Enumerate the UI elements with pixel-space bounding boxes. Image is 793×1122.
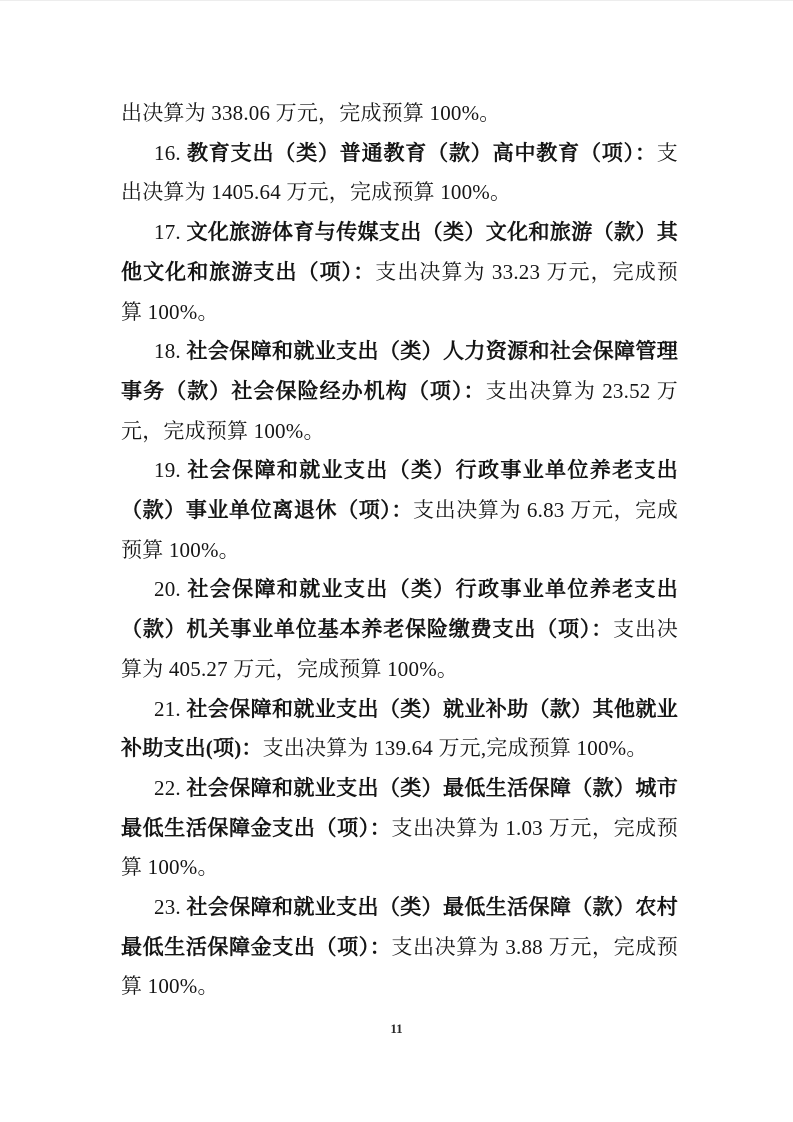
item-number: 17. xyxy=(154,220,186,244)
paragraph: 出决算为 338.06 万元，完成预算 100%。 xyxy=(121,94,678,134)
paragraph: 22. 社会保障和就业支出（类）最低生活保障（款）城市最低生活保障金支出（项）：… xyxy=(121,769,678,888)
item-body: 出决算为 338.06 万元，完成预算 100%。 xyxy=(121,101,501,125)
paragraph: 20. 社会保障和就业支出（类）行政事业单位养老支出（款）机关事业单位基本养老保… xyxy=(121,570,678,689)
page-number: 11 xyxy=(0,1021,793,1037)
item-number: 23. xyxy=(154,895,186,919)
item-number: 16. xyxy=(154,141,187,165)
paragraph: 23. 社会保障和就业支出（类）最低生活保障（款）农村最低生活保障金支出（项）：… xyxy=(121,888,678,1007)
item-body: 支出决算为 139.64 万元,完成预算 100%。 xyxy=(263,736,648,760)
paragraph: 19. 社会保障和就业支出（类）行政事业单位养老支出（款）事业单位离退休（项）：… xyxy=(121,451,678,570)
paragraph: 17. 文化旅游体育与传媒支出（类）文化和旅游（款）其他文化和旅游支出（项）：支… xyxy=(121,213,678,332)
item-number: 19. xyxy=(154,458,187,482)
item-number: 18. xyxy=(154,339,186,363)
content-area: 出决算为 338.06 万元，完成预算 100%。 16. 教育支出（类）普通教… xyxy=(121,94,678,1007)
item-title: 教育支出（类）普通教育（款）高中教育（项）： xyxy=(187,141,657,165)
item-title: 社会保障和就业支出（类）行政事业单位养老支出（款）机关事业单位基本养老保险缴费支… xyxy=(121,577,678,641)
item-number: 22. xyxy=(154,776,186,800)
item-number: 21. xyxy=(154,697,186,721)
item-number: 20. xyxy=(154,577,187,601)
paragraph: 16. 教育支出（类）普通教育（款）高中教育（项）：支出决算为 1405.64 … xyxy=(121,134,678,213)
paragraph: 21. 社会保障和就业支出（类）就业补助（款）其他就业补助支出(项)：支出决算为… xyxy=(121,690,678,769)
document-page: 出决算为 338.06 万元，完成预算 100%。 16. 教育支出（类）普通教… xyxy=(0,0,793,1122)
paragraph: 18. 社会保障和就业支出（类）人力资源和社会保障管理事务（款）社会保险经办机构… xyxy=(121,332,678,451)
